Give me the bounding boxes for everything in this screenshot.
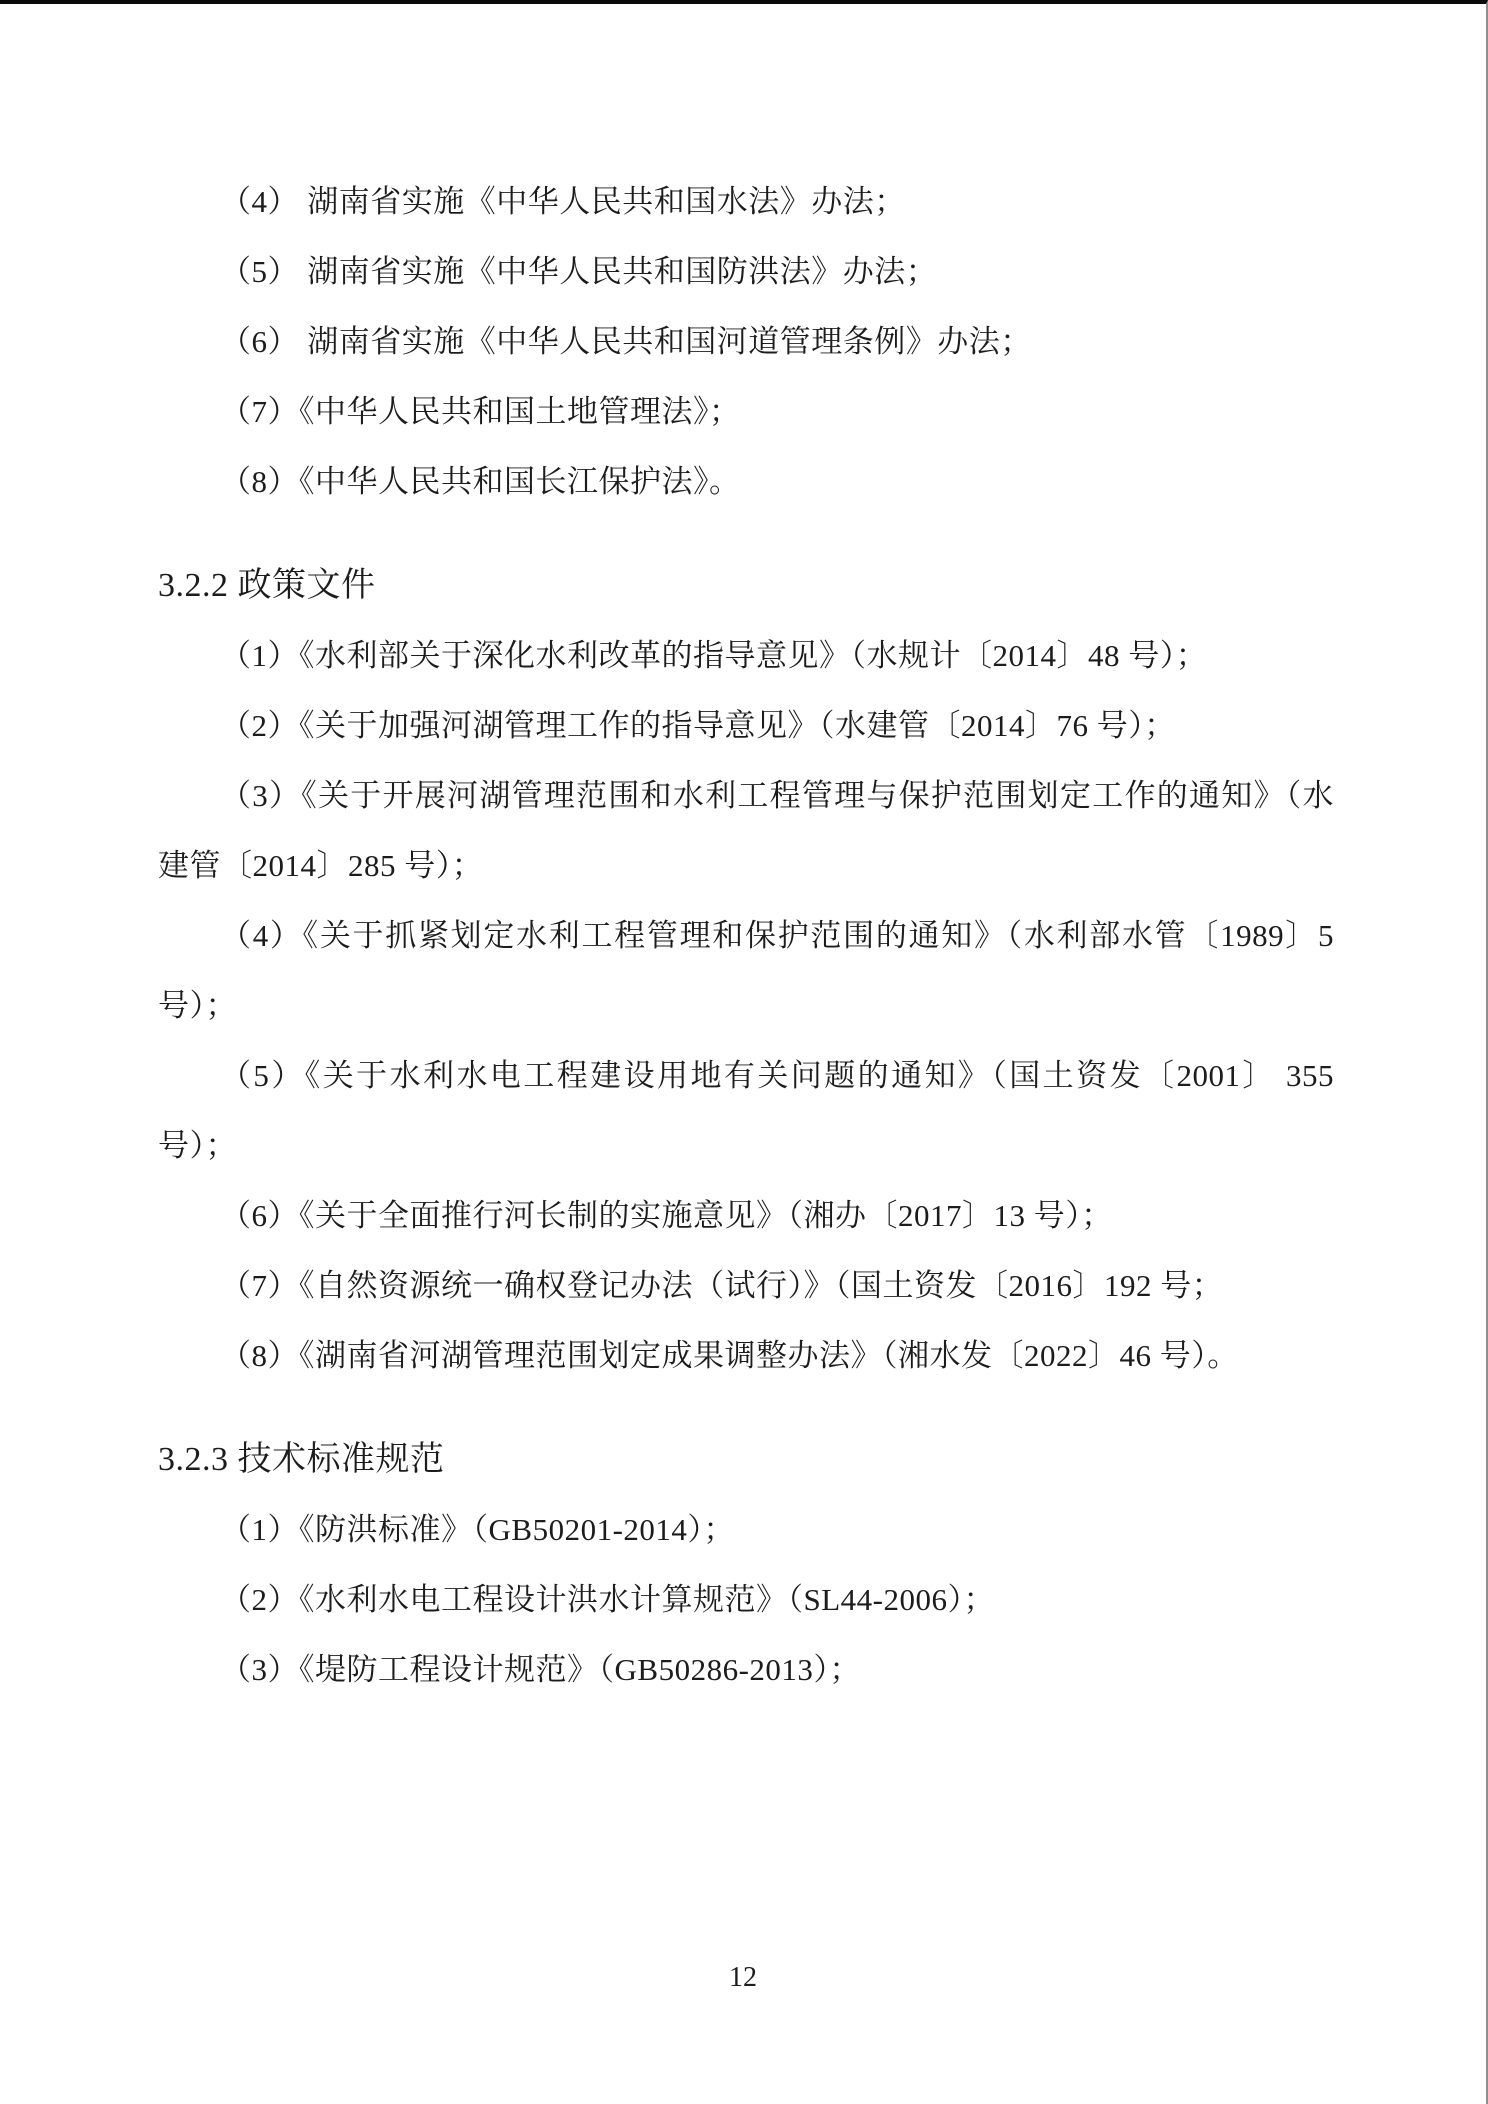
policy-item-8: （8）《湖南省河湖管理范围划定成果调整办法》（湘水发〔2022〕46 号）。 — [158, 1321, 1334, 1391]
policy-item-3: （3）《关于开展河湖管理范围和水利工程管理与保护范围划定工作的通知》（水建管〔2… — [158, 761, 1334, 901]
document-body: （4） 湖南省实施《中华人民共和国水法》办法；（5） 湖南省实施《中华人民共和国… — [158, 167, 1334, 1705]
page-number: 12 — [0, 1962, 1486, 1994]
section-heading-3-2-2: 3.2.2 政策文件 — [158, 551, 1334, 621]
document-page: （4） 湖南省实施《中华人民共和国水法》办法；（5） 湖南省实施《中华人民共和国… — [0, 0, 1488, 2104]
policy-item-7: （7）《自然资源统一确权登记办法（试行）》（国土资发〔2016〕192 号； — [158, 1251, 1334, 1321]
section-heading-3-2-3: 3.2.3 技术标准规范 — [158, 1425, 1334, 1495]
legal-item-5: （5） 湖南省实施《中华人民共和国防洪法》办法； — [158, 237, 1334, 307]
legal-item-7: （7）《中华人民共和国土地管理法》； — [158, 377, 1334, 447]
legal-item-4: （4） 湖南省实施《中华人民共和国水法》办法； — [158, 167, 1334, 237]
standard-item-1: （1）《防洪标准》（GB50201-2014）； — [158, 1495, 1334, 1565]
policy-item-6: （6）《关于全面推行河长制的实施意见》（湘办〔2017〕13 号）； — [158, 1181, 1334, 1251]
policy-item-1: （1）《水利部关于深化水利改革的指导意见》（水规计〔2014〕48 号）； — [158, 621, 1334, 691]
legal-item-6: （6） 湖南省实施《中华人民共和国河道管理条例》办法； — [158, 307, 1334, 377]
standard-item-3: （3）《堤防工程设计规范》（GB50286-2013）； — [158, 1635, 1334, 1705]
policy-item-5: （5）《关于水利水电工程建设用地有关问题的通知》（国土资发〔2001〕 355 … — [158, 1041, 1334, 1181]
policy-item-2: （2）《关于加强河湖管理工作的指导意见》（水建管〔2014〕76 号）； — [158, 691, 1334, 761]
legal-item-8: （8）《中华人民共和国长江保护法》。 — [158, 447, 1334, 517]
standard-item-2: （2）《水利水电工程设计洪水计算规范》（SL44-2006）； — [158, 1565, 1334, 1635]
policy-item-4: （4）《关于抓紧划定水利工程管理和保护范围的通知》（水利部水管〔1989〕5 号… — [158, 901, 1334, 1041]
